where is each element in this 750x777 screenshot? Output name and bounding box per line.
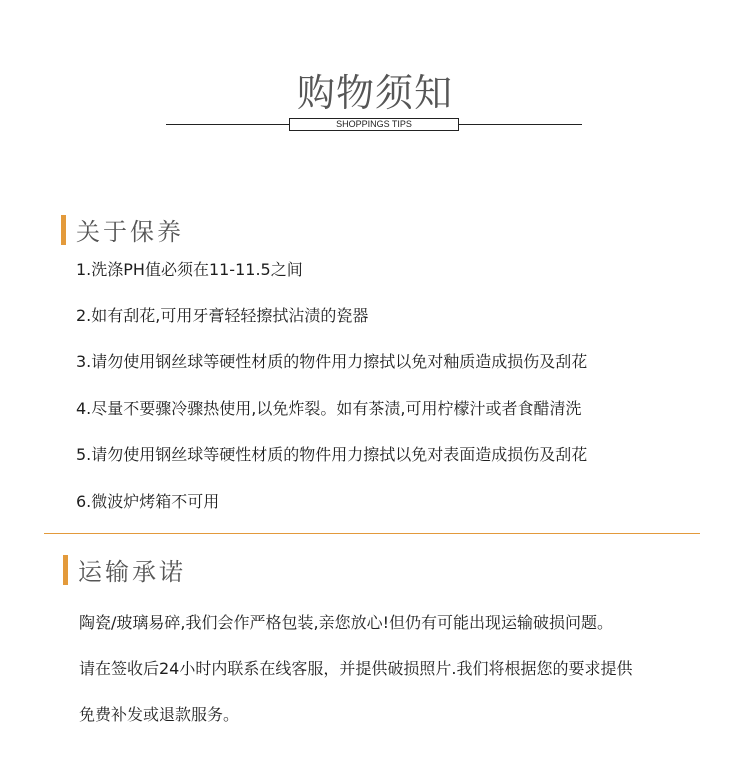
shipping-line: 请在签收后24小时内联系在线客服，并提供破损照片.我们将根据您的要求提供 xyxy=(79,656,632,679)
title-rule-right xyxy=(459,124,582,125)
shipping-line: 免费补发或退款服务。 xyxy=(79,702,239,725)
care-section-title: 关于保养 xyxy=(76,212,184,247)
section-divider xyxy=(44,533,700,534)
shipping-line: 陶瓷/玻璃易碎,我们会作严格包装,亲您放心!但仍有可能出现运输破损问题。 xyxy=(79,610,613,633)
care-item: 5.请勿使用钢丝球等硬性材质的物件用力擦拭以免对表面造成损伤及刮花 xyxy=(76,442,587,465)
shipping-section-header: 运输承诺 xyxy=(63,552,186,587)
subtitle-box: SHOPPINGS TIPS xyxy=(289,118,459,131)
accent-bar xyxy=(63,555,68,585)
care-section-header: 关于保养 xyxy=(61,212,184,247)
page-title: 购物须知 xyxy=(0,62,750,117)
care-item: 4.尽量不要骤冷骤热使用,以免炸裂。如有茶渍,可用柠檬汁或者食醋清洗 xyxy=(76,396,581,419)
accent-bar xyxy=(61,215,66,245)
care-item: 3.请勿使用钢丝球等硬性材质的物件用力擦拭以免对釉质造成损伤及刮花 xyxy=(76,349,587,372)
care-item: 1.洗涤PH值必须在11-11.5之间 xyxy=(76,257,303,280)
care-item: 2.如有刮花,可用牙膏轻轻擦拭沾渍的瓷器 xyxy=(76,303,368,326)
title-rule-left xyxy=(166,124,289,125)
shipping-section-title: 运输承诺 xyxy=(78,552,186,587)
care-item: 6.微波炉烤箱不可用 xyxy=(76,489,219,512)
